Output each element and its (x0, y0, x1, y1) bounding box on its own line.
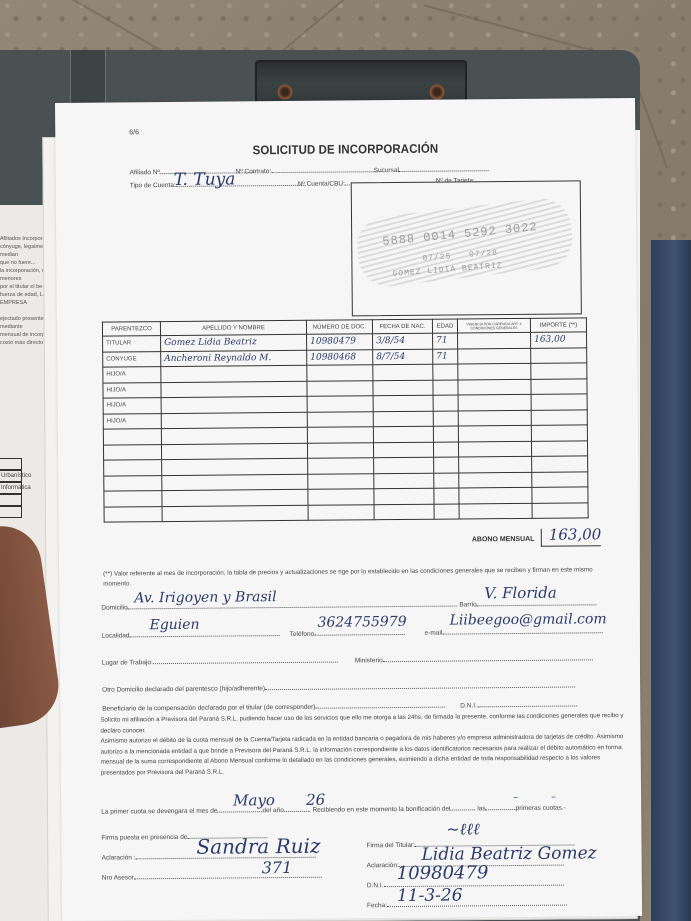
cell-nombre[interactable] (162, 474, 308, 491)
cell-vigencia[interactable] (459, 503, 532, 519)
cell-edad[interactable] (433, 441, 458, 457)
firma-titular-signature: ~ℓℓℓ (446, 819, 480, 839)
cell-edad[interactable] (433, 426, 458, 442)
cell-edad[interactable] (434, 457, 459, 473)
cell-nombre[interactable] (161, 443, 307, 460)
handwritten-edad: 71 (436, 351, 448, 361)
localidad-value: Eguien (149, 617, 199, 633)
cell-nombre[interactable] (161, 427, 307, 444)
handwritten-edad: 71 (436, 336, 448, 346)
cell-parentezco[interactable] (104, 475, 162, 491)
cell-parentezco[interactable] (104, 491, 162, 507)
ministerio-field[interactable]: Ministerio (355, 653, 593, 664)
handwritten-importe: 163,00 (534, 335, 566, 345)
cell-importe[interactable] (532, 502, 588, 518)
cell-parentezco[interactable] (103, 429, 161, 445)
sucursal-field[interactable]: Sucursal (374, 164, 489, 174)
cell-fecha-nac[interactable] (373, 426, 433, 442)
otro-domicilio-field[interactable]: Otro Domicilio declarado del parentesco … (102, 680, 575, 693)
cell-nombre[interactable] (161, 365, 307, 382)
cell-vigencia[interactable] (458, 441, 531, 457)
email-value: Liibeegoo@gmail.com (449, 611, 606, 628)
cell-vigencia[interactable] (458, 363, 531, 379)
cell-importe[interactable] (531, 409, 587, 425)
cell-doc[interactable]: 10980479 (307, 334, 373, 350)
cell-vigencia[interactable] (458, 348, 531, 364)
cell-parentezco[interactable]: HIJO/A (103, 398, 161, 414)
cell-edad[interactable]: 71 (433, 348, 458, 364)
abono-mensual-label: ABONO MENSUAL (472, 536, 535, 544)
form-title: SOLICITUD DE INCORPORACIÓN (79, 140, 613, 159)
legal-paragraph: Asimismo autorizo el débito de la cuota … (101, 732, 626, 779)
cell-importe[interactable] (532, 456, 588, 472)
cell-fecha-nac[interactable] (373, 364, 433, 380)
cell-importe[interactable] (531, 425, 587, 441)
beneficiario-dni-field[interactable]: D.N.I. (460, 699, 577, 709)
col-parentezco: PARENTEZCO (102, 322, 160, 337)
handwritten-nombre: Gomez Lidia Beatriz (164, 337, 257, 348)
cell-nombre[interactable] (161, 396, 307, 413)
cell-importe[interactable] (531, 363, 587, 379)
cell-importe[interactable] (532, 471, 588, 487)
cell-importe[interactable]: 163,00 (531, 332, 587, 348)
aclaracion-left-value: Sandra Ruiz (196, 834, 320, 859)
bonus-cuotas: – (551, 792, 556, 803)
bonus-percent: – (513, 792, 518, 803)
cell-fecha-nac[interactable] (374, 488, 434, 504)
cell-nombre[interactable]: Ancheroni Reynaldo M. (161, 350, 307, 367)
cell-parentezco[interactable]: HIJO/A (103, 382, 161, 398)
legal-text: Solicito mi afiliación a Previsora del P… (100, 711, 626, 779)
cell-edad[interactable] (434, 488, 459, 504)
cell-nombre[interactable] (162, 489, 308, 506)
first-payment-month: Mayo (233, 791, 275, 809)
cell-nombre[interactable]: Gomez Lidia Beatriz (161, 334, 307, 351)
col-edad: EDAD (432, 319, 457, 333)
cell-parentezco[interactable] (103, 444, 161, 460)
cell-parentezco[interactable]: TITULAR (103, 336, 161, 352)
rivet-icon (429, 84, 445, 100)
col-doc: NÚMERO DE DOC. (306, 320, 372, 335)
cell-fecha-nac[interactable] (373, 442, 433, 458)
cell-importe[interactable] (531, 347, 587, 363)
cell-importe[interactable] (531, 394, 587, 410)
cell-edad[interactable] (434, 503, 459, 519)
cell-fecha-nac[interactable] (373, 395, 433, 411)
back-page-table: Urbanístico Informática (0, 458, 22, 518)
telefono-value: 3624755979 (317, 614, 406, 631)
first-payment-year: 26 (306, 791, 325, 809)
cell-vigencia[interactable] (458, 379, 531, 395)
cell-doc[interactable] (308, 458, 374, 474)
cell-fecha-nac[interactable]: 3/8/54 (373, 333, 433, 349)
cell-doc[interactable]: 10980468 (307, 349, 373, 365)
members-table: PARENTEZCO APELLIDO Y NOMBRE NÚMERO DE D… (102, 317, 589, 522)
cell-parentezco[interactable]: HIJO/A (103, 367, 161, 383)
barrio-value: V. Florida (484, 584, 557, 603)
abono-mensual-value: 163,00 (549, 525, 602, 543)
cell-parentezco[interactable]: CONYUGE (103, 351, 161, 367)
first-payment-line: La primer cuota se devengara el mes dede… (101, 803, 566, 816)
cell-doc[interactable] (307, 396, 373, 412)
background-jeans (651, 240, 691, 921)
cell-edad[interactable] (433, 379, 458, 395)
cell-doc[interactable] (307, 427, 373, 443)
col-importe: IMPORTE (**) (530, 318, 586, 332)
domicilio-value: Av. Irigoyen y Brasil (134, 589, 276, 606)
cell-nombre[interactable] (161, 381, 307, 398)
handwritten-nombre: Ancheroni Reynaldo M. (164, 353, 271, 364)
handwritten-fecha-nac: 8/7/54 (376, 352, 405, 362)
rivet-icon (277, 84, 293, 100)
cell-vigencia[interactable] (459, 472, 532, 488)
card-imprint-box: 5888 0014 5292 3022 07/25 07/28 GOMEZ LI… (351, 180, 582, 316)
col-vigencia: VIGENCIA POR CARENCIA ART. 4 CONDICIONES… (457, 318, 530, 333)
cell-edad[interactable] (433, 395, 458, 411)
cell-vigencia[interactable] (459, 456, 532, 472)
handwritten-fecha-nac: 3/8/54 (376, 336, 405, 346)
cell-doc[interactable] (307, 380, 373, 396)
cell-doc[interactable] (307, 411, 373, 427)
cell-vigencia[interactable] (458, 410, 531, 426)
cell-doc[interactable] (307, 365, 373, 381)
fecha-value: 11-3-26 (397, 885, 463, 906)
tipo-cuenta-value: T. Tuya (174, 169, 236, 190)
cell-fecha-nac[interactable] (374, 473, 434, 489)
asesor-value: 371 (262, 858, 293, 877)
contrato-field[interactable]: Nº Contrato: (236, 165, 382, 175)
beneficiario-field[interactable]: Beneficiario de la compensación declarad… (102, 701, 445, 713)
cell-fecha-nac[interactable] (373, 411, 433, 427)
cell-fecha-nac[interactable] (374, 504, 434, 520)
cell-doc[interactable] (308, 504, 374, 520)
cell-edad[interactable] (433, 410, 458, 426)
cell-vigencia[interactable] (458, 425, 531, 441)
cell-edad[interactable]: 71 (433, 333, 458, 349)
cell-doc[interactable] (307, 442, 373, 458)
table-row (104, 502, 588, 522)
cell-importe[interactable] (531, 378, 587, 394)
dni-titular-value: 10980479 (397, 862, 489, 884)
cell-fecha-nac[interactable]: 8/7/54 (373, 349, 433, 365)
cell-fecha-nac[interactable] (373, 380, 433, 396)
page-number: 6/6 (129, 129, 139, 136)
cell-importe[interactable] (532, 487, 588, 503)
cell-fecha-nac[interactable] (374, 457, 434, 473)
cell-parentezco[interactable]: HIJO/A (103, 413, 161, 429)
cell-edad[interactable] (434, 472, 459, 488)
cell-vigencia[interactable] (459, 487, 532, 503)
cell-doc[interactable] (308, 473, 374, 489)
cell-importe[interactable] (531, 440, 587, 456)
cell-doc[interactable] (308, 489, 374, 505)
cell-vigencia[interactable] (458, 332, 531, 348)
col-fecha-nac: FECHA DE NAC. (372, 319, 432, 334)
cell-parentezco[interactable] (104, 460, 162, 476)
col-nombre: APELLIDO Y NOMBRE (160, 320, 306, 335)
cell-vigencia[interactable] (458, 394, 531, 410)
handwritten-doc: 10980479 (310, 337, 356, 347)
lugar-trabajo-field[interactable]: Lugar de Trabajo: (102, 656, 338, 667)
handwritten-doc: 10980468 (310, 352, 356, 362)
cell-nombre[interactable] (162, 505, 308, 522)
cell-parentezco[interactable] (104, 506, 162, 522)
cell-nombre[interactable] (161, 412, 307, 429)
cell-nombre[interactable] (162, 458, 308, 475)
application-form: 6/6 SOLICITUD DE INCORPORACIÓN Afiliado … (55, 98, 642, 921)
cell-edad[interactable] (433, 364, 458, 380)
